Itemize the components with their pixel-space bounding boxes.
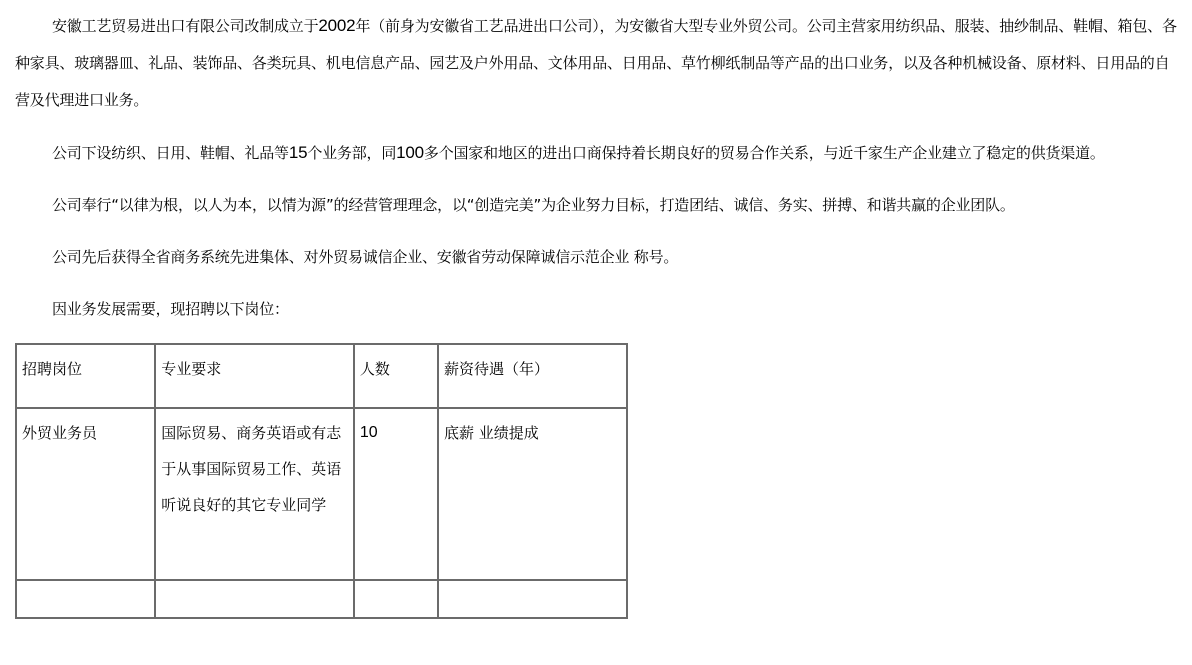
founding-year: 2002 bbox=[318, 16, 355, 35]
cell-salary: 底薪 业绩提成 bbox=[438, 408, 627, 580]
cell-position bbox=[16, 580, 155, 618]
country-count: 100 bbox=[396, 143, 424, 162]
table-row bbox=[16, 580, 627, 618]
table-row: 外贸业务员 国际贸易、商务英语或有志于从事国际贸易工作、英语听说良好的其它专业同… bbox=[16, 408, 627, 580]
department-count: 15 bbox=[289, 143, 308, 162]
departments-text-b: 个业务部，同 bbox=[307, 144, 396, 162]
departments-text-c: 多个国家和地区的进出口商保持着长期良好的贸易合作关系，与近千家生产企业建立了稳定… bbox=[424, 144, 1105, 162]
paragraph-company-intro: 安徽工艺贸易进出口有限公司改制成立于2002年（前身为安徽省工艺品进出口公司），… bbox=[15, 0, 1178, 119]
departments-text-a: 公司下设纺织、日用、鞋帽、礼品等 bbox=[52, 144, 289, 162]
header-salary: 薪资待遇（年） bbox=[438, 344, 627, 408]
job-openings-table: 招聘岗位 专业要求 人数 薪资待遇（年） 外贸业务员 国际贸易、商务英语或有志于… bbox=[15, 343, 628, 619]
document-body: 安徽工艺贸易进出口有限公司改制成立于2002年（前身为安徽省工艺品进出口公司），… bbox=[0, 0, 1192, 619]
cell-major-requirement: 国际贸易、商务英语或有志于从事国际贸易工作、英语听说良好的其它专业同学 bbox=[155, 408, 354, 580]
cell-major-requirement bbox=[155, 580, 354, 618]
intro-text-a: 安徽工艺贸易进出口有限公司改制成立于 bbox=[52, 17, 318, 35]
paragraph-hiring: 因业务发展需要，现招聘以下岗位： bbox=[15, 291, 1178, 328]
header-position: 招聘岗位 bbox=[16, 344, 155, 408]
cell-salary bbox=[438, 580, 627, 618]
header-headcount: 人数 bbox=[354, 344, 438, 408]
header-major-requirement: 专业要求 bbox=[155, 344, 354, 408]
cell-position: 外贸业务员 bbox=[16, 408, 155, 580]
paragraph-honors: 公司先后获得全省商务系统先进集体、对外贸易诚信企业、安徽省劳动保障诚信示范企业 … bbox=[15, 239, 1178, 276]
paragraph-departments: 公司下设纺织、日用、鞋帽、礼品等15个业务部，同100多个国家和地区的进出口商保… bbox=[15, 134, 1178, 172]
cell-headcount bbox=[354, 580, 438, 618]
paragraph-philosophy: 公司奉行“以律为根，以人为本，以情为源”的经营管理理念，以“创造完美”为企业努力… bbox=[15, 187, 1178, 224]
cell-headcount: 10 bbox=[354, 408, 438, 580]
table-header-row: 招聘岗位 专业要求 人数 薪资待遇（年） bbox=[16, 344, 627, 408]
